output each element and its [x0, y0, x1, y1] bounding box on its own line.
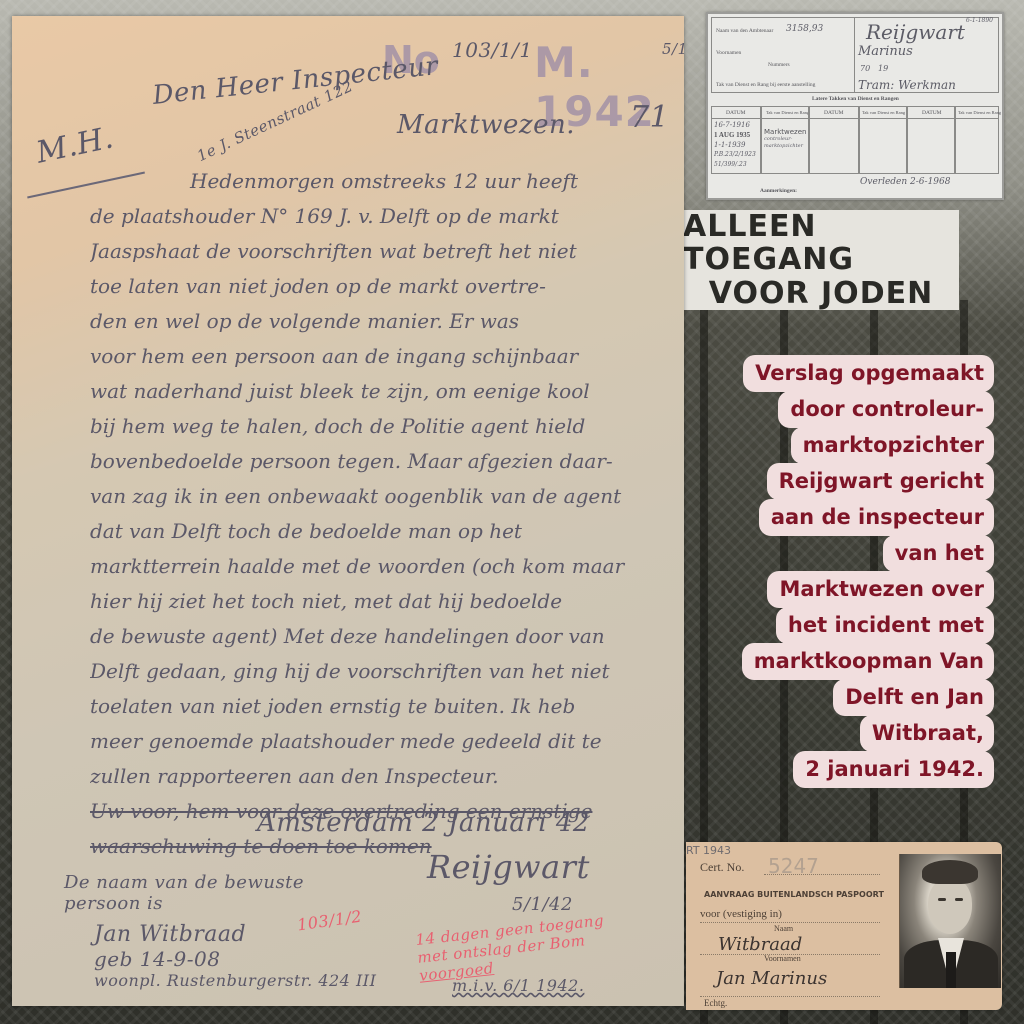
- stamp-fraction: 5/1: [662, 40, 688, 58]
- caption-line: marktopzichter: [791, 427, 994, 464]
- sign-line-1: ALLEEN TOEGANG: [683, 210, 959, 277]
- body-line: de bewuste agent) Met deze handelingen d…: [90, 619, 680, 654]
- card-col-header: DATUM: [726, 110, 746, 116]
- sign-alleen-toegang: ALLEEN TOEGANG VOOR JODEN: [683, 210, 959, 310]
- card-number-b: 19: [878, 64, 888, 73]
- card-label-firstnames: Voornamen: [716, 50, 741, 56]
- card-birth-date: 6-1-1890: [966, 17, 993, 24]
- card-number: 3158,93: [786, 24, 823, 34]
- body-line: dat van Delft toch de bedoelde man op he…: [90, 514, 680, 549]
- card-col-divider: [760, 106, 762, 174]
- passport-label-name: Naam: [774, 924, 793, 933]
- caption-line: Witbraat,: [860, 715, 994, 752]
- footnote-birth: geb 14-9-08: [64, 947, 376, 971]
- caption-line: door controleur-: [778, 391, 994, 428]
- passport-surname: Witbraad: [718, 934, 802, 955]
- card-col-divider: [954, 106, 956, 174]
- dotted-line: [764, 874, 880, 875]
- body-line: voor hem een persoon aan de ingang schij…: [90, 339, 680, 374]
- card-dept-line: controleur-: [764, 136, 806, 143]
- body-line: Jaaspshaat de voorschriften wat betreft …: [90, 234, 680, 269]
- body-line: toelaten van niet joden ernstig te buite…: [90, 689, 680, 724]
- card-label-rank: Tak van Dienst en Rang bij eerste aanste…: [716, 82, 815, 88]
- caption-box: Verslag opgemaakt door controleur- markt…: [704, 355, 994, 788]
- card-dates: 16-7-1916 1 AUG 1935 1-1-1939 P.B.23/2/1…: [714, 120, 756, 170]
- passport-label-spouse: Echtg.: [704, 998, 727, 1008]
- card-dept-line: marktopzichter: [764, 143, 806, 150]
- passport-purpose-label: voor (vestiging in): [700, 908, 782, 920]
- body-line: zullen rapporteeren aan den Inspecteur.: [90, 759, 680, 794]
- card-col-header: DATUM: [824, 110, 844, 116]
- card-col-divider: [858, 106, 860, 174]
- card-col-header: Tak van Dienst en Rang: [862, 110, 905, 115]
- caption-line: het incident met: [776, 607, 994, 644]
- signature: Reijgwart: [427, 848, 590, 886]
- card-surname: Reijgwart: [866, 20, 965, 44]
- employment-record-card: Naam van den Ambtenaar 3158,93 Reijgwart…: [706, 12, 1004, 200]
- body-line: van zag ik in een onbewaakt oogenblik va…: [90, 479, 680, 514]
- passport-stamp: RT 1943: [686, 844, 731, 857]
- card-label-remarks: Aanmerkingen:: [760, 188, 797, 194]
- body-line: meer genoemde plaatshouder mede gedeeld …: [90, 724, 680, 759]
- body-line: Hedenmorgen omstreeks 12 uur heeft: [90, 164, 680, 199]
- card-date: 1 AUG 1935: [714, 130, 756, 140]
- card-label-numbers: Nummers: [768, 62, 790, 68]
- initials-date: m.i.v. 6/1 1942.: [452, 976, 584, 995]
- footnote-address: woonpl. Rustenburgerstr. 424 III: [64, 971, 376, 990]
- caption-line: van het: [883, 535, 994, 572]
- portrait-photo: [899, 854, 1001, 988]
- caption-line: Marktwezen over: [767, 571, 994, 608]
- footnote: De naam van de bewuste persoon is Jan Wi…: [64, 872, 376, 990]
- card-remark: Overleden 2-6-1968: [860, 177, 950, 187]
- passport-firstnames: Jan Marinus: [716, 968, 827, 989]
- department-heading: Marktwezen.: [397, 110, 575, 140]
- card-label-name: Naam van den Ambtenaar: [716, 28, 773, 34]
- portrait-face: [928, 878, 972, 934]
- place-date: Amsterdam 2 Januari 42: [257, 808, 590, 838]
- portrait-tie: [946, 952, 956, 988]
- passport-cert-label: Cert. No.: [700, 860, 744, 875]
- portrait-eye: [938, 898, 946, 901]
- body-line: Delft gedaan, ging hij de voorschriften …: [90, 654, 680, 689]
- caption-line: Reijgwart gericht: [767, 463, 994, 500]
- card-date: 51/399/.23: [714, 160, 756, 170]
- portrait-eye: [955, 898, 963, 901]
- passport-application-card: RT 1943 Cert. No. 5247 AANVRAAG BUITENLA…: [686, 842, 1002, 1010]
- handwritten-letter: No 103/1/1 M. 1942 5/1 Den Heer Inspecte…: [12, 16, 684, 1006]
- dotted-line: [700, 922, 880, 923]
- caption-line: Verslag opgemaakt: [743, 355, 994, 392]
- sign-line-2: VOOR JODEN: [709, 277, 933, 311]
- caption-line: Delft en Jan: [833, 679, 994, 716]
- body-line: toe laten van niet joden op de markt ove…: [90, 269, 680, 304]
- card-date: P.B.23/2/1923: [714, 150, 756, 160]
- caption-line: aan de inspecteur: [759, 499, 994, 536]
- body-line: bovenbedoelde persoon tegen. Maar afgezi…: [90, 444, 680, 479]
- body-line: bij hem weg te halen, doch de Politie ag…: [90, 409, 680, 444]
- card-date: 1-1-1939: [714, 140, 756, 150]
- body-line: wat naderhand juist bleek te zijn, om ee…: [90, 374, 680, 409]
- card-dept-line: Marktwezen: [764, 129, 806, 136]
- signature-date: 5/1/42: [512, 894, 573, 915]
- passport-label-firstnames: Voornamen: [764, 954, 801, 963]
- red-note: 14 dagen geen toegang met ontslag der Bo…: [415, 911, 609, 984]
- footnote-line: De naam van de bewuste: [64, 872, 376, 893]
- body-line: hier hij ziet het toch niet, met dat hij…: [90, 584, 680, 619]
- dotted-line: [700, 996, 880, 997]
- card-firstname: Marinus: [858, 44, 913, 59]
- card-col-header: DATUM: [922, 110, 942, 116]
- card-rank: Tram: Werkman: [858, 78, 956, 92]
- card-col-header: Tak van Dienst en Rang: [766, 110, 809, 115]
- card-section-title: Latere Takken van Dienst en Rangen: [812, 96, 899, 102]
- body-line: de plaatshouder N° 169 J. v. Delft op de…: [90, 199, 680, 234]
- caption-line: marktkoopman Van: [742, 643, 994, 680]
- card-col-header: Tak van Dienst en Rang: [958, 110, 1001, 115]
- caption-line: 2 januari 1942.: [793, 751, 994, 788]
- portrait-hair: [922, 860, 978, 884]
- card-dept: Marktwezen controleur- marktopzichter: [764, 129, 806, 150]
- body-line: marktterrein haalde met de woorden (och …: [90, 549, 680, 584]
- passport-title: AANVRAAG BUITENLANDSCH PASPOORT: [704, 890, 884, 899]
- card-number-a: 70: [860, 64, 870, 73]
- card-col-divider: [808, 106, 810, 174]
- letter-body: Hedenmorgen omstreeks 12 uur heeft de pl…: [90, 164, 680, 864]
- body-line: den en wel op de volgende manier. Er was: [90, 304, 680, 339]
- card-col-divider: [906, 106, 908, 174]
- page-mark: 71: [630, 100, 669, 135]
- stamp-number: 103/1/1: [452, 38, 533, 62]
- card-date: 16-7-1916: [714, 120, 756, 130]
